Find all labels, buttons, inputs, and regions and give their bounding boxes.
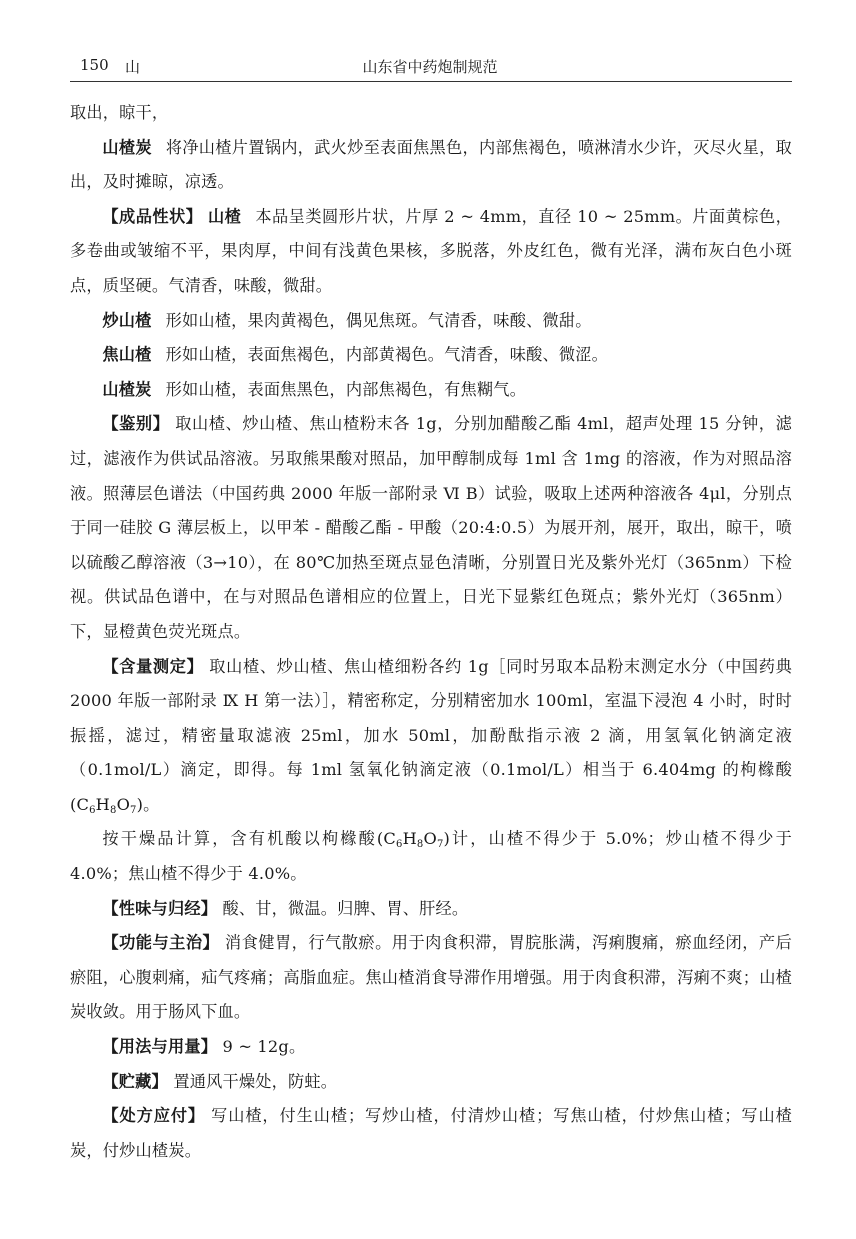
term-heading: 山楂炭 xyxy=(102,380,151,399)
book-title: 山东省中药炮制规范 xyxy=(70,56,790,77)
section-label: 【处方应付】 xyxy=(102,1106,205,1125)
paragraph-text: 形如山楂，表面焦褐色，内部黄褐色。气清香，味酸、微涩。 xyxy=(166,345,608,364)
paragraph-text: 置通风干燥处，防蛀。 xyxy=(173,1072,337,1091)
paragraph-text: 将净山楂片置锅内，武火炒至表面焦黑色，内部焦褐色，喷淋清水少许，灭尽火星，取出，… xyxy=(70,138,792,192)
term-heading: 山楂炭 xyxy=(102,138,151,157)
section-label: 【性味与归经】 xyxy=(102,899,217,918)
paragraph-text: 取山楂、炒山楂、焦山楂粉末各 1g，分别加醋酸乙酯 4ml，超声处理 15 分钟… xyxy=(70,414,792,641)
paragraph-text: 。 xyxy=(143,795,159,814)
paragraph-text: 酸、甘，微温。归脾、胃、肝经。 xyxy=(222,899,468,918)
paragraph-text: 按干燥品计算，含有机酸以枸橼酸 xyxy=(102,829,377,848)
section-label: 【含量测定】 xyxy=(102,657,203,676)
running-header: 150 山 山东省中药炮制规范 xyxy=(70,52,790,78)
section-label: 【贮藏】 xyxy=(102,1072,168,1091)
paragraph-text: 取出，晾干， xyxy=(70,103,168,122)
paragraph-assay-limits: 按干燥品计算，含有机酸以枸橼酸(C6H8O7)计，山楂不得少于 5.0%；炒山楂… xyxy=(70,822,792,891)
term-heading: 焦山楂 xyxy=(102,345,151,364)
paragraph-assay: 【含量测定】 取山楂、炒山楂、焦山楂细粉各约 1g［同时另取本品粉末测定水分（中… xyxy=(70,650,792,823)
paragraph-identification: 【鉴别】 取山楂、炒山楂、焦山楂粉末各 1g，分别加醋酸乙酯 4ml，超声处理 … xyxy=(70,407,792,649)
paragraph-nature-meridian: 【性味与归经】 酸、甘，微温。归脾、胃、肝经。 xyxy=(70,892,792,927)
paragraph-chao-shanzha: 炒山楂形如山楂，果肉黄褐色，偶见焦斑。气清香，味酸、微甜。 xyxy=(70,304,792,339)
paragraph-shanzha-tan: 山楂炭形如山楂，表面焦黑色，内部焦褐色，有焦糊气。 xyxy=(70,373,792,408)
paragraph-text: 9 ~ 12g。 xyxy=(222,1037,305,1056)
paragraph-storage: 【贮藏】 置通风干燥处，防蛀。 xyxy=(70,1065,792,1100)
paragraph-jiao-shanzha: 焦山楂形如山楂，表面焦褐色，内部黄褐色。气清香，味酸、微涩。 xyxy=(70,338,792,373)
section-label: 【成品性状】 xyxy=(102,207,202,226)
paragraph-text: 形如山楂，表面焦黑色，内部焦褐色，有焦糊气。 xyxy=(166,380,527,399)
paragraph-prescription: 【处方应付】 写山楂，付生山楂；写炒山楂，付清炒山楂；写焦山楂，付炒焦山楂；写山… xyxy=(70,1099,792,1168)
chemical-formula: (C6H8O7) xyxy=(70,795,143,814)
paragraph-product-description: 【成品性状】 山楂本品呈类圆形片状，片厚 2 ~ 4mm，直径 10 ~ 25m… xyxy=(70,200,792,304)
document-page: 150 山 山东省中药炮制规范 取出，晾干， 山楂炭将净山楂片置锅内，武火炒至表… xyxy=(0,0,856,1239)
section-label: 【鉴别】 xyxy=(102,414,169,433)
paragraph-continuation: 取出，晾干， xyxy=(70,96,792,131)
paragraph-function-indication: 【功能与主治】 消食健胃，行气散瘀。用于肉食积滞，胃脘胀满，泻痢腹痛，瘀血经闭，… xyxy=(70,926,792,1030)
paragraph-shanzha-tan-method: 山楂炭将净山楂片置锅内，武火炒至表面焦黑色，内部焦褐色，喷淋清水少许，灭尽火星，… xyxy=(70,131,792,200)
paragraph-dosage: 【用法与用量】 9 ~ 12g。 xyxy=(70,1030,792,1065)
header-rule xyxy=(70,81,792,82)
term-heading: 炒山楂 xyxy=(102,311,151,330)
section-label: 【用法与用量】 xyxy=(102,1037,217,1056)
chemical-formula: (C6H8O7) xyxy=(377,829,450,848)
term-heading: 山楂 xyxy=(208,207,241,226)
section-label: 【功能与主治】 xyxy=(102,933,219,952)
paragraph-text: 形如山楂，果肉黄褐色，偶见焦斑。气清香，味酸、微甜。 xyxy=(166,311,592,330)
page-body: 取出，晾干， 山楂炭将净山楂片置锅内，武火炒至表面焦黑色，内部焦褐色，喷淋清水少… xyxy=(70,96,792,1168)
